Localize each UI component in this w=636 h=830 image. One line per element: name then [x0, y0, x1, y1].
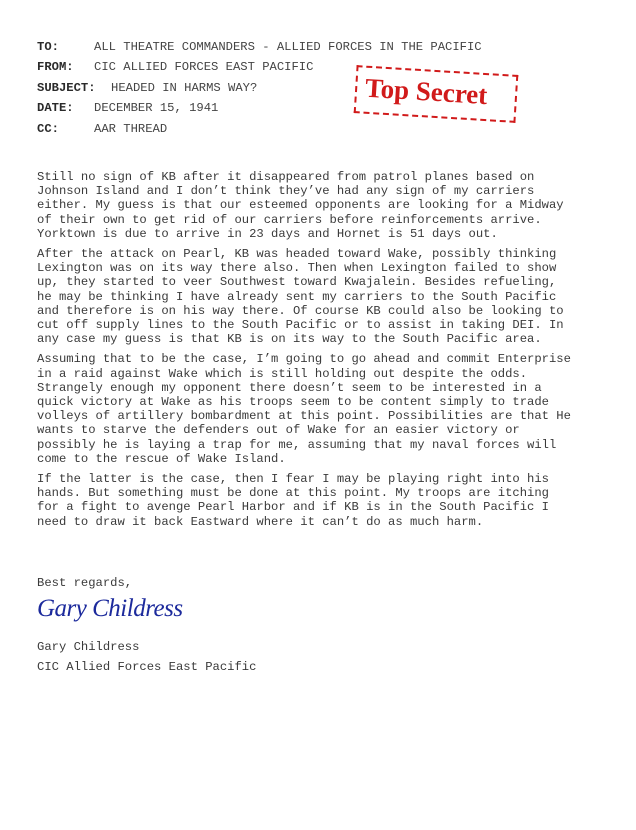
top-secret-stamp: Top Secret: [354, 65, 519, 123]
signer-title: CIC Allied Forces East Pacific: [37, 657, 256, 677]
header-label: TO:: [37, 39, 94, 55]
memo-body: Still no sign of KB after it disappeared…: [37, 170, 607, 535]
closing-salutation: Best regards,: [37, 576, 132, 590]
body-paragraph: After the attack on Pearl, KB was headed…: [37, 247, 607, 346]
signature: Gary Childress: [37, 595, 183, 623]
header-value: HEADED IN HARMS WAY?: [111, 81, 257, 95]
stamp-text: Top Secret: [364, 73, 488, 111]
signer-block: Gary Childress CIC Allied Forces East Pa…: [37, 637, 256, 678]
header-label: DATE:: [37, 100, 94, 116]
header-label: CC:: [37, 121, 94, 137]
header-value: CIC ALLIED FORCES EAST PACIFIC: [94, 60, 313, 74]
header-to: TO:ALL THEATRE COMMANDERS - ALLIED FORCE…: [37, 39, 482, 59]
header-label: FROM:: [37, 59, 94, 75]
body-paragraph: Assuming that to be the case, I’m going …: [37, 352, 607, 466]
body-paragraph: If the latter is the case, then I fear I…: [37, 472, 607, 529]
header-cc: CC:AAR THREAD: [37, 121, 482, 141]
header-value: AAR THREAD: [94, 122, 167, 136]
memo-page: TO:ALL THEATRE COMMANDERS - ALLIED FORCE…: [0, 0, 636, 830]
body-paragraph: Still no sign of KB after it disappeared…: [37, 170, 607, 241]
header-value: DECEMBER 15, 1941: [94, 101, 218, 115]
signer-name: Gary Childress: [37, 637, 256, 657]
header-label: SUBJECT:: [37, 80, 111, 96]
header-value: ALL THEATRE COMMANDERS - ALLIED FORCES I…: [94, 40, 482, 54]
